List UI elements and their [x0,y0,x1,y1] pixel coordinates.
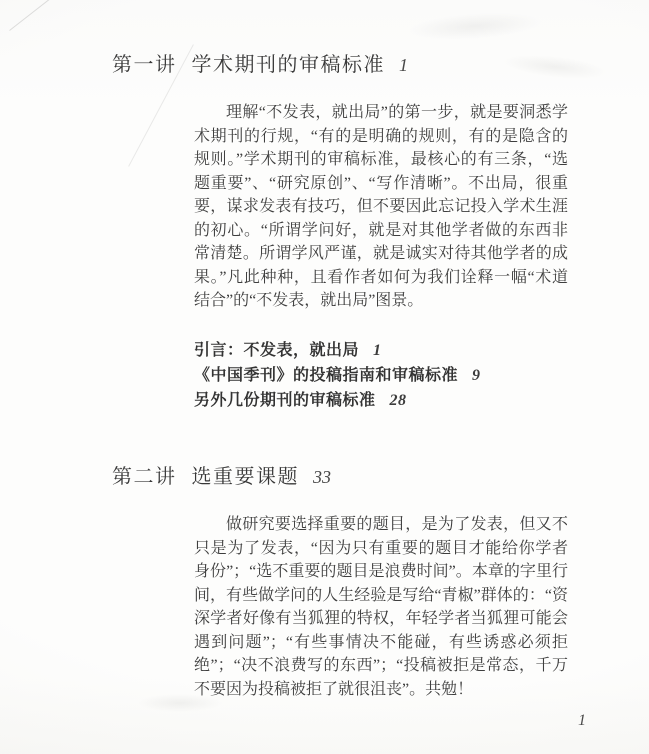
toc-entry-page: 9 [472,367,481,384]
paper-crease [9,0,51,31]
toc-entry-page: 28 [390,392,407,409]
toc-entry: 引言：不发表，就出局1 [194,338,481,363]
toc-entry-page: 1 [373,342,382,359]
chapter-1-page-number: 1 [399,55,408,75]
chapter-1-label: 第一讲 [112,54,177,76]
chapter-2-page-number: 33 [313,467,331,487]
chapter-1-toc: 引言：不发表，就出局1 《中国季刊》的投稿指南和审稿标准9 另外几份期刊的审稿标… [194,338,481,413]
toc-entry-title: 另外几份期刊的审稿标准 [194,392,376,409]
chapter-2-heading: 第二讲选重要课题33 [112,460,331,489]
chapter-1-heading: 第一讲学术期刊的审稿标准1 [112,48,408,77]
page-number: 1 [578,712,586,730]
scan-smudge [479,44,631,90]
scan-smudge [379,1,571,50]
toc-entry-title: 《中国季刊》的投稿指南和审稿标准 [194,367,458,384]
chapter-1-summary: 理解“不发表，就出局”的第一步，就是要洞悉学术期刊的行规，“有的是明确的规则，有… [194,101,568,313]
chapter-2-label: 第二讲 [112,466,177,488]
chapter-2-summary: 做研究要选择重要的题目，是为了发表，但又不只是为了发表，“因为只有重要的题目才能… [194,513,568,701]
toc-entry-title: 引言：不发表，就出局 [194,342,359,359]
toc-entry: 《中国季刊》的投稿指南和审稿标准9 [194,363,481,388]
book-page: 第一讲学术期刊的审稿标准1 理解“不发表，就出局”的第一步，就是要洞悉学术期刊的… [0,0,649,754]
chapter-1-title: 学术期刊的审稿标准 [192,54,386,76]
toc-entry: 另外几份期刊的审稿标准28 [194,388,481,413]
chapter-2-title: 选重要课题 [192,466,300,488]
